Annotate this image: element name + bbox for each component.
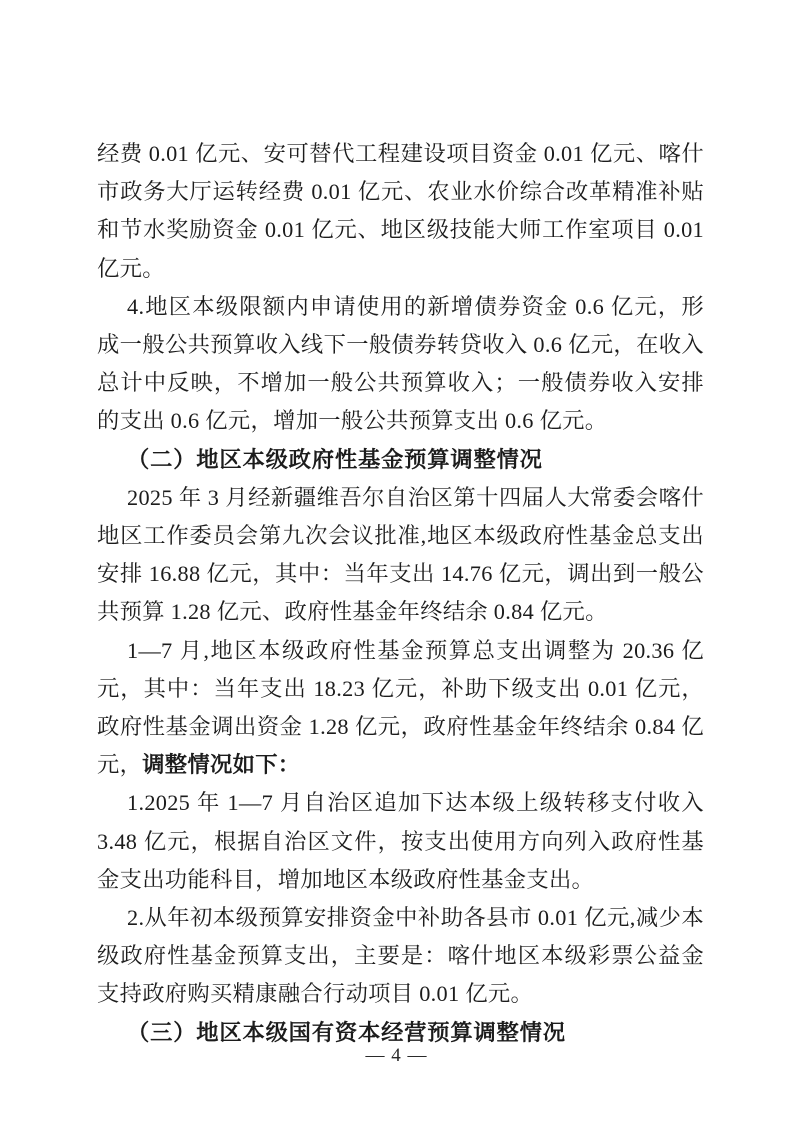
page-footer: — 4 — — [0, 1044, 793, 1068]
page-number: — 4 — — [366, 1045, 428, 1066]
paragraph-expense-items-continuation: 经费 0.01 亿元、安可替代工程建设项目资金 0.01 亿元、喀什市政务大厅运… — [97, 135, 704, 288]
page-body: 经费 0.01 亿元、安可替代工程建设项目资金 0.01 亿元、喀什市政务大厅运… — [97, 135, 704, 1052]
paragraph-item-2-county-subsidy: 2.从年初本级预算安排资金中补助各县市 0.01 亿元,减少本级政府性基金预算支… — [97, 899, 704, 1014]
paragraph-item-4-new-bonds: 4.地区本级限额内申请使用的新增债券资金 0.6 亿元，形成一般公共预算收入线下… — [97, 288, 704, 441]
paragraph-fund-budget-approved: 2025 年 3 月经新疆维吾尔自治区第十四届人大常委会喀什地区工作委员会第九次… — [97, 479, 704, 632]
section-heading-government-fund-budget: （二）地区本级政府性基金预算调整情况 — [97, 441, 704, 479]
paragraph-item-1-transfer-payment: 1.2025 年 1—7 月自治区追加下达本级上级转移支付收入 3.48 亿元，… — [97, 784, 704, 899]
paragraph-bold-lead-in: 调整情况如下： — [142, 752, 300, 777]
document-page: 经费 0.01 亿元、安可替代工程建设项目资金 0.01 亿元、喀什市政务大厅运… — [0, 0, 793, 1122]
paragraph-fund-budget-adjusted: 1—7 月,地区本级政府性基金预算总支出调整为 20.36 亿元，其中：当年支出… — [97, 632, 704, 785]
